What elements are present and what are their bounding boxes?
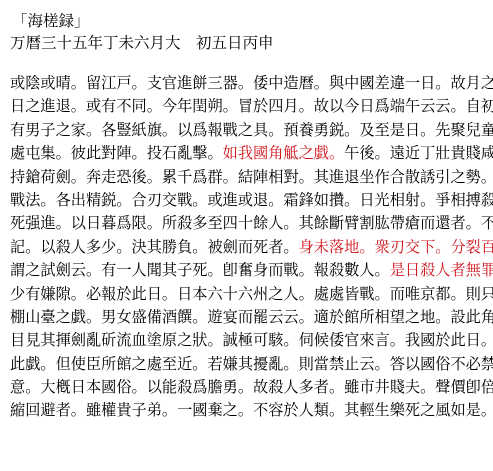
text-line: 縮回避者。雖權貴子弟。一國棄之。不容於人類。其輕生樂死之風如是。 <box>10 399 490 422</box>
highlighted-text: 是日殺人者無罪。 <box>390 261 493 279</box>
text-segment: 處屯集。彼此對陣。投石亂擊。 <box>10 144 223 162</box>
text-line: 日之進退。或有不同。今年閏朔。冒於四月。故以今日爲端午云云。自初一日。 <box>10 95 490 118</box>
text-line: 有男子之家。各豎紙旗。以爲報戰之具。預養勇鋭。及至是日。先聚兒童。處 <box>10 119 490 142</box>
date-line: 万暦三十五年丁未六月大 初五日丙申 <box>10 32 490 55</box>
text-segment: 記。以殺人多少。決其勝負。被劍而死者。 <box>10 238 299 256</box>
text-line: 記。以殺人多少。決其勝負。被劍而死者。身未落地。衆刃交下。分裂百片。 <box>10 236 490 259</box>
text-line: 持鎗荷劍。奔走恐後。累千爲群。結陣相對。其進退坐作合散誘引之勢。一依 <box>10 166 490 189</box>
text-line: 意。大槪日本國俗。以能殺爲膽勇。故殺人多者。雖市井賤夫。聲價卽倍。畏 <box>10 376 490 399</box>
body-text: 或陰或晴。留江戸。支官進餅三器。倭中造曆。與中國差違一日。故月之大小。日之進退。… <box>10 72 490 423</box>
text-segment: 縮回避者。雖權貴子弟。一國棄之。不容於人類。其輕生樂死之風如是。 <box>10 401 493 419</box>
document: 「海槎録」 万暦三十五年丁未六月大 初五日丙申 或陰或晴。留江戸。支官進餅三器。… <box>10 10 490 423</box>
text-line: 或陰或晴。留江戸。支官進餅三器。倭中造曆。與中國差違一日。故月之大小。 <box>10 72 490 95</box>
text-line: 少有嫌隙。必報於此日。日本六十六州之人。處處皆戰。而唯京都。則只設彩 <box>10 283 490 306</box>
text-line: 死强進。以日暮爲限。所殺多至四十餘人。其餘斷臂割肱帶瘡而還者。不可勝 <box>10 212 490 235</box>
text-segment: 謂之試劍云。有一人聞其子死。卽奮身而戰。報殺數人。 <box>10 261 390 279</box>
text-line: 此戯。但使臣所館之處至近。若嫌其擾亂。則當禁止云。答以國俗不必禁之之 <box>10 353 490 376</box>
text-segment: 午後。遠近丁壯貴賤咸集。 <box>344 144 493 162</box>
text-segment: 持鎗荷劍。奔走恐後。累千爲群。結陣相對。其進退坐作合散誘引之勢。一依 <box>10 168 493 186</box>
text-segment: 棚山臺之戯。男女盛備酒饌。遊宴而罷云云。適於館所相望之地。設此角戰之事。 <box>10 308 493 326</box>
text-line: 謂之試劍云。有一人聞其子死。卽奮身而戰。報殺數人。是日殺人者無罪。故 <box>10 259 490 282</box>
highlighted-text: 如我國角觝之戯。 <box>223 144 345 162</box>
text-line: 棚山臺之戯。男女盛備酒饌。遊宴而罷云云。適於館所相望之地。設此角戰之事。 <box>10 306 490 329</box>
text-segment: 意。大槪日本國俗。以能殺爲膽勇。故殺人多者。雖市井賤夫。聲價卽倍。畏 <box>10 378 493 396</box>
spacer <box>10 55 490 72</box>
text-line: 處屯集。彼此對陣。投石亂擊。如我國角觝之戯。午後。遠近丁壯貴賤咸集。 <box>10 142 490 165</box>
document-title: 「海槎録」 <box>12 10 490 32</box>
text-segment: 戰法。各出精鋭。合刃交戰。或進或退。霜鋒如攢。日光相射。爭相搏殺。見 <box>10 191 493 209</box>
text-segment: 或陰或晴。留江戸。支官進餅三器。倭中造曆。與中國差違一日。故月之大小。 <box>10 74 493 92</box>
text-segment: 目見其揮劍亂斫流血塗原之狀。誠極可駭。伺候倭官來言。我國於此日。例設 <box>10 331 493 349</box>
highlighted-text: 身未落地。衆刃交下。分裂百片。 <box>299 238 493 256</box>
text-segment: 死强進。以日暮爲限。所殺多至四十餘人。其餘斷臂割肱帶瘡而還者。不可勝 <box>10 214 493 232</box>
text-segment: 日之進退。或有不同。今年閏朔。冒於四月。故以今日爲端午云云。自初一日。 <box>10 97 493 115</box>
text-line: 戰法。各出精鋭。合刃交戰。或進或退。霜鋒如攢。日光相射。爭相搏殺。見 <box>10 189 490 212</box>
text-segment: 少有嫌隙。必報於此日。日本六十六州之人。處處皆戰。而唯京都。則只設彩 <box>10 285 493 303</box>
text-line: 目見其揮劍亂斫流血塗原之狀。誠極可駭。伺候倭官來言。我國於此日。例設 <box>10 329 490 352</box>
text-segment: 有男子之家。各豎紙旗。以爲報戰之具。預養勇鋭。及至是日。先聚兒童。處 <box>10 121 493 139</box>
text-segment: 此戯。但使臣所館之處至近。若嫌其擾亂。則當禁止云。答以國俗不必禁之之 <box>10 355 493 373</box>
